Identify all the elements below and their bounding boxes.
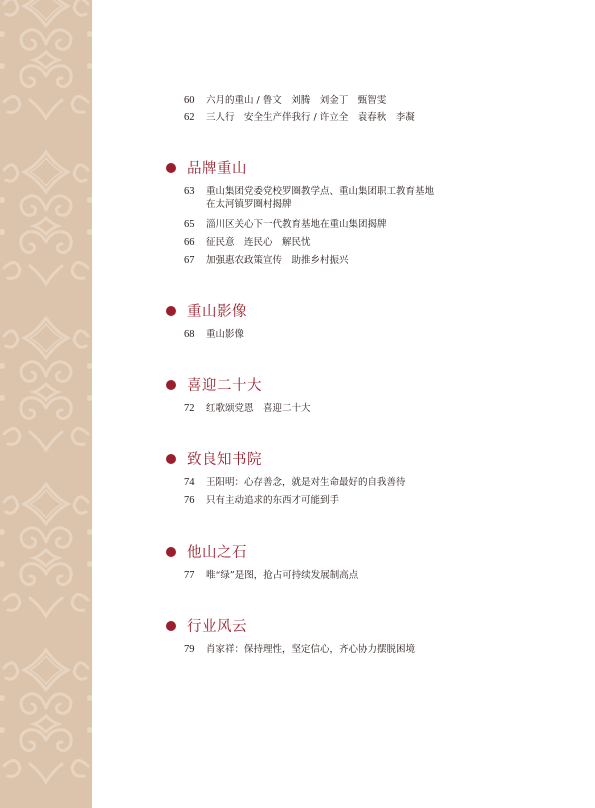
page-number: 63 — [184, 185, 206, 211]
toc-entry[interactable]: 79 肖家祥：保持理性，坚定信心，齐心协力摆脱困境 — [184, 643, 415, 656]
page-number: 66 — [184, 236, 206, 249]
page-number: 72 — [184, 402, 206, 415]
page-number: 77 — [184, 569, 206, 582]
section-title: 喜迎二十大 — [187, 374, 262, 395]
section-heading: 致良知书院 — [166, 448, 262, 469]
entry-title: 肖家祥：保持理性，坚定信心，齐心协力摆脱困境 — [206, 643, 415, 656]
toc-entry[interactable]: 65 淄川区关心下一代教育基地在重山集团揭牌 — [184, 218, 387, 231]
entry-title: 六月的重山 / 鲁文 刘腾 刘金丁 甄智雯 — [206, 94, 386, 107]
page-number: 67 — [184, 254, 206, 267]
entry-title: 三人行 安全生产伴我行 / 许立全 袁春秋 李凝 — [206, 111, 415, 124]
entry-title: 只有主动追求的东西才可能到手 — [206, 494, 339, 507]
bullet-icon — [166, 306, 176, 316]
toc-entry[interactable]: 62 三人行 安全生产伴我行 / 许立全 袁春秋 李凝 — [184, 111, 415, 124]
section-heading: 喜迎二十大 — [166, 374, 262, 395]
page-number: 65 — [184, 218, 206, 231]
section-heading: 他山之石 — [166, 541, 247, 562]
section-title: 他山之石 — [187, 541, 247, 562]
toc-entry[interactable]: 66 征民意 连民心 解民忧 — [184, 236, 311, 249]
page-number: 74 — [184, 476, 206, 489]
entry-title: 王阳明：心存善念，就是对生命最好的自我善待 — [206, 476, 406, 489]
table-of-contents: 60 六月的重山 / 鲁文 刘腾 刘金丁 甄智雯 62 三人行 安全生产伴我行 … — [0, 0, 595, 808]
section-heading: 品牌重山 — [166, 157, 247, 178]
page-number: 60 — [184, 94, 206, 107]
page-number: 68 — [184, 328, 206, 341]
page-number: 62 — [184, 111, 206, 124]
entry-title: 征民意 连民心 解民忧 — [206, 236, 311, 249]
entry-title: 唯“绿”是图，抢占可持续发展制高点 — [206, 569, 358, 582]
toc-entry[interactable]: 67 加强惠农政策宣传 助推乡村振兴 — [184, 254, 349, 267]
toc-entry[interactable]: 63 重山集团党委党校罗圈教学点、重山集团职工教育基地 在太河镇罗圈村揭牌 — [184, 185, 434, 211]
entry-title: 重山集团党委党校罗圈教学点、重山集团职工教育基地 在太河镇罗圈村揭牌 — [206, 185, 434, 211]
bullet-icon — [166, 547, 176, 557]
page-number: 76 — [184, 494, 206, 507]
toc-entry[interactable]: 68 重山影像 — [184, 328, 244, 341]
section-title: 重山影像 — [187, 300, 247, 321]
entry-title: 加强惠农政策宣传 助推乡村振兴 — [206, 254, 349, 267]
section-heading: 行业风云 — [166, 615, 247, 636]
toc-entry[interactable]: 60 六月的重山 / 鲁文 刘腾 刘金丁 甄智雯 — [184, 94, 386, 107]
entry-title: 重山影像 — [206, 328, 244, 341]
bullet-icon — [166, 163, 176, 173]
bullet-icon — [166, 380, 176, 390]
toc-entry[interactable]: 76 只有主动追求的东西才可能到手 — [184, 494, 339, 507]
section-heading: 重山影像 — [166, 300, 247, 321]
section-title: 行业风云 — [187, 615, 247, 636]
toc-entry[interactable]: 77 唯“绿”是图，抢占可持续发展制高点 — [184, 569, 358, 582]
section-title: 致良知书院 — [187, 448, 262, 469]
bullet-icon — [166, 454, 176, 464]
section-title: 品牌重山 — [187, 157, 247, 178]
entry-title: 淄川区关心下一代教育基地在重山集团揭牌 — [206, 218, 387, 231]
toc-entry[interactable]: 72 红歌颂党恩 喜迎二十大 — [184, 402, 311, 415]
entry-title: 红歌颂党恩 喜迎二十大 — [206, 402, 311, 415]
bullet-icon — [166, 621, 176, 631]
page-number: 79 — [184, 643, 206, 656]
toc-entry[interactable]: 74 王阳明：心存善念，就是对生命最好的自我善待 — [184, 476, 406, 489]
